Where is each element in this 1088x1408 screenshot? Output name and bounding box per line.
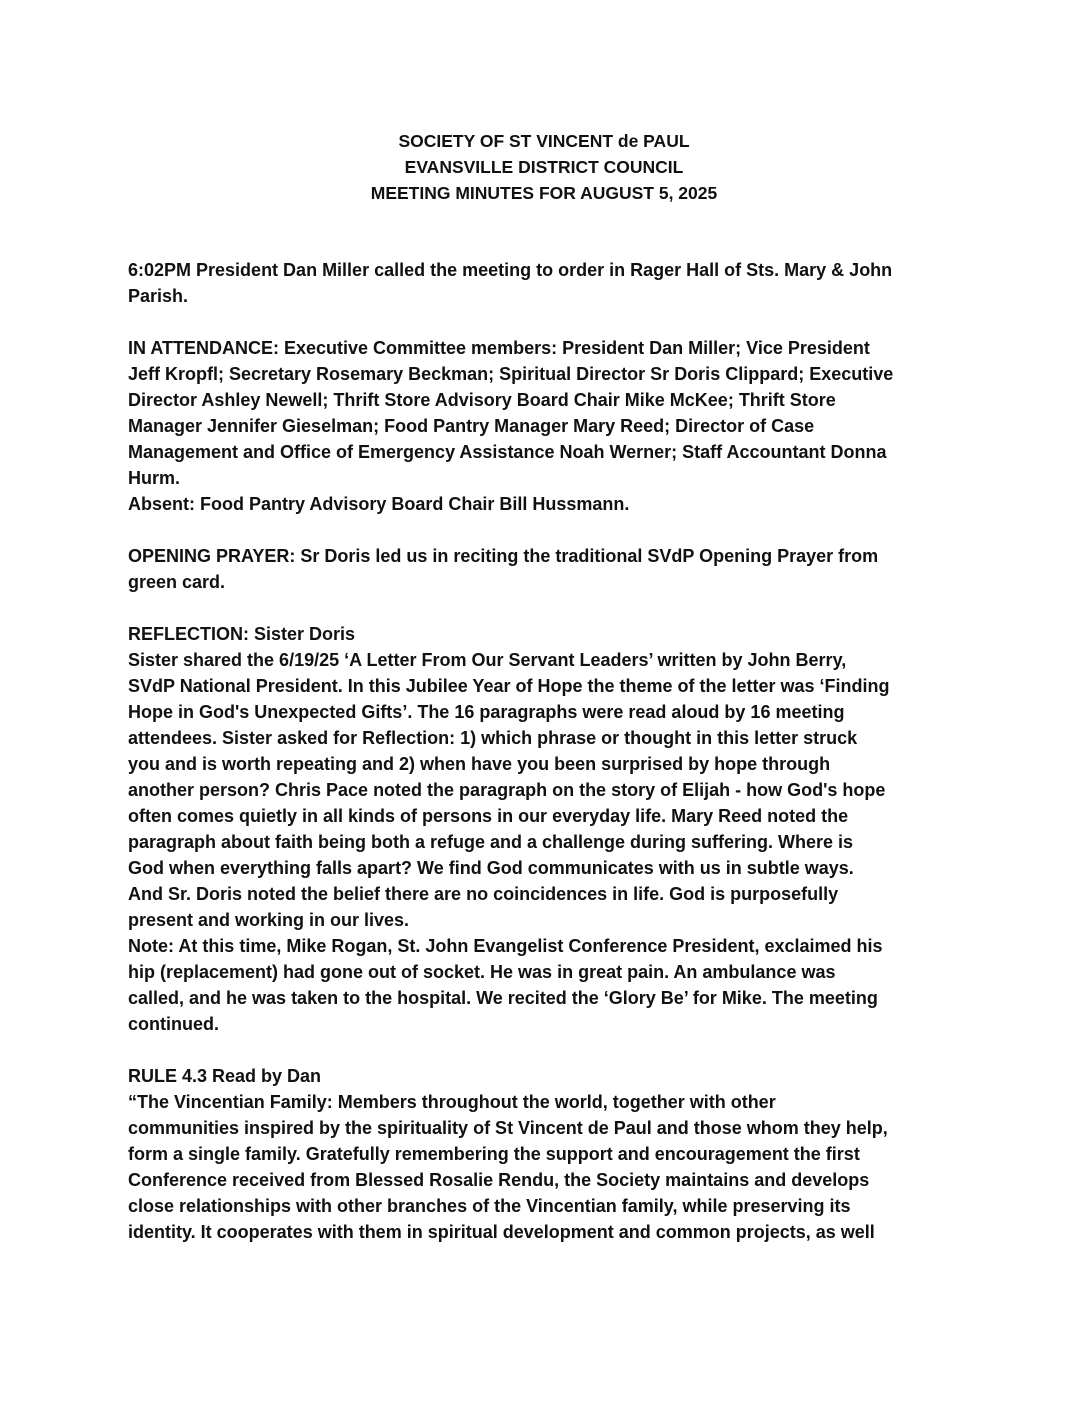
text-line: Hope in God's Unexpected Gifts’. The 16 …: [128, 699, 988, 725]
text-line: Parish.: [128, 283, 988, 309]
text-line: IN ATTENDANCE: Executive Committee membe…: [128, 335, 988, 361]
absent-line: Absent: Food Pantry Advisory Board Chair…: [128, 491, 988, 517]
text-line: Jeff Kropfl; Secretary Rosemary Beckman;…: [128, 361, 988, 387]
text-line: paragraph about faith being both a refug…: [128, 829, 988, 855]
call-to-order-paragraph: 6:02PM President Dan Miller called the m…: [128, 257, 988, 309]
document-title: SOCIETY OF ST VINCENT de PAUL EVANSVILLE…: [0, 128, 1088, 206]
title-meeting-date: MEETING MINUTES FOR AUGUST 5, 2025: [0, 180, 1088, 206]
text-line: you and is worth repeating and 2) when h…: [128, 751, 988, 777]
text-line: Director Ashley Newell; Thrift Store Adv…: [128, 387, 988, 413]
text-line: form a single family. Gratefully remembe…: [128, 1141, 988, 1167]
rule-heading: RULE 4.3 Read by Dan: [128, 1063, 988, 1089]
text-line: SVdP National President. In this Jubilee…: [128, 673, 988, 699]
text-line: Hurm.: [128, 465, 988, 491]
reflection-section: REFLECTION: Sister Doris Sister shared t…: [128, 621, 988, 1037]
text-line: another person? Chris Pace noted the par…: [128, 777, 988, 803]
text-line: And Sr. Doris noted the belief there are…: [128, 881, 988, 907]
text-line: OPENING PRAYER: Sr Doris led us in recit…: [128, 543, 988, 569]
title-organization: SOCIETY OF ST VINCENT de PAUL: [0, 128, 1088, 154]
note-line: called, and he was taken to the hospital…: [128, 985, 988, 1011]
rule-section: RULE 4.3 Read by Dan “The Vincentian Fam…: [128, 1063, 988, 1245]
text-line: Sister shared the 6/19/25 ‘A Letter From…: [128, 647, 988, 673]
text-line: Conference received from Blessed Rosalie…: [128, 1167, 988, 1193]
text-line: Management and Office of Emergency Assis…: [128, 439, 988, 465]
attendance-paragraph: IN ATTENDANCE: Executive Committee membe…: [128, 335, 988, 517]
document-page: SOCIETY OF ST VINCENT de PAUL EVANSVILLE…: [0, 0, 1088, 1408]
text-line: present and working in our lives.: [128, 907, 988, 933]
title-council: EVANSVILLE DISTRICT COUNCIL: [0, 154, 1088, 180]
note-line: Note: At this time, Mike Rogan, St. John…: [128, 933, 988, 959]
opening-prayer-paragraph: OPENING PRAYER: Sr Doris led us in recit…: [128, 543, 988, 595]
text-line: close relationships with other branches …: [128, 1193, 988, 1219]
text-line: attendees. Sister asked for Reflection: …: [128, 725, 988, 751]
text-line: “The Vincentian Family: Members througho…: [128, 1089, 988, 1115]
text-line: identity. It cooperates with them in spi…: [128, 1219, 988, 1245]
text-line: often comes quietly in all kinds of pers…: [128, 803, 988, 829]
note-line: continued.: [128, 1011, 988, 1037]
reflection-heading: REFLECTION: Sister Doris: [128, 621, 988, 647]
text-line: green card.: [128, 569, 988, 595]
text-line: Manager Jennifer Gieselman; Food Pantry …: [128, 413, 988, 439]
text-line: God when everything falls apart? We find…: [128, 855, 988, 881]
document-body: 6:02PM President Dan Miller called the m…: [128, 257, 988, 1245]
text-line: communities inspired by the spirituality…: [128, 1115, 988, 1141]
text-line: 6:02PM President Dan Miller called the m…: [128, 257, 988, 283]
note-line: hip (replacement) had gone out of socket…: [128, 959, 988, 985]
